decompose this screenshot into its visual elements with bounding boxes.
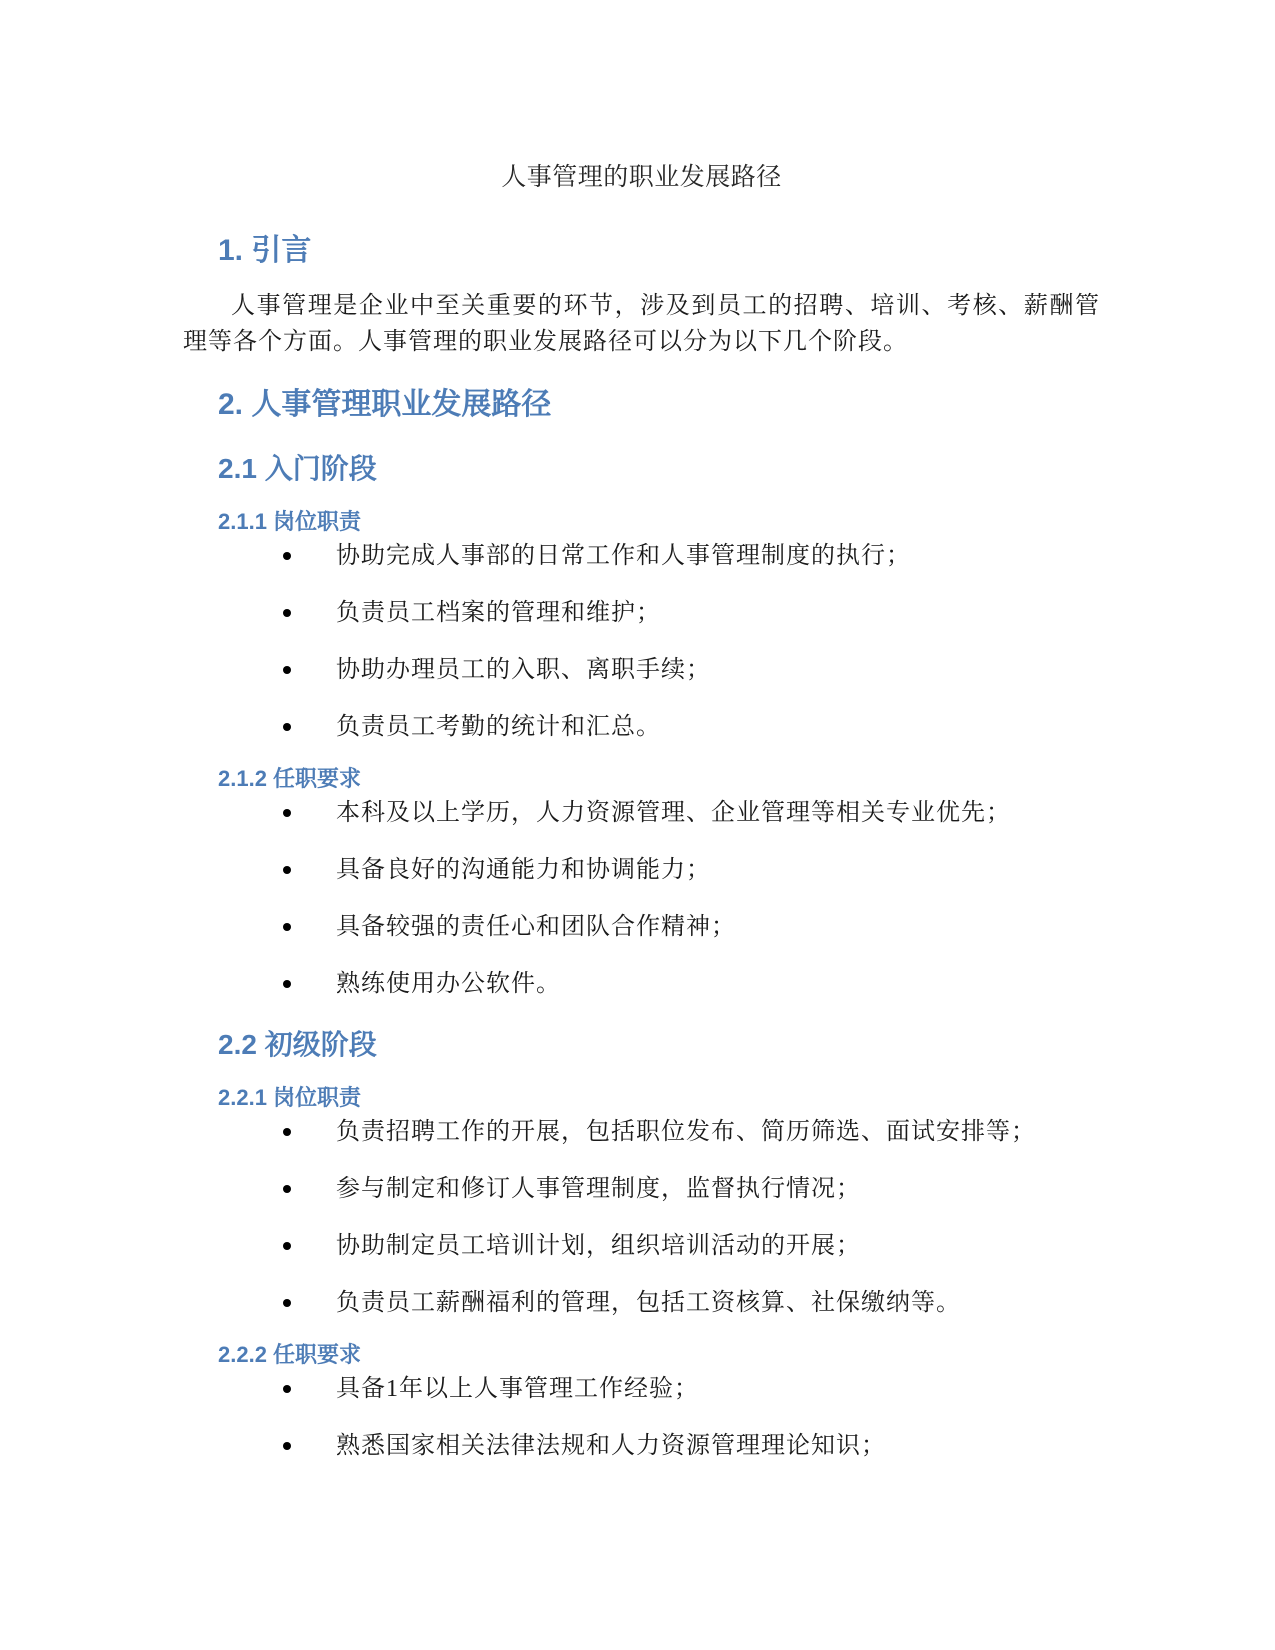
list-item: 协助办理员工的入职、离职手续； bbox=[183, 656, 1100, 684]
heading-entry-requirements: 2.1.2 任职要求 bbox=[218, 767, 1100, 791]
list-item-text: 负责员工档案的管理和维护； bbox=[336, 600, 661, 626]
list-item: 本科及以上学历，人力资源管理、企业管理等相关专业优先； bbox=[183, 799, 1100, 827]
list-item-text: 具备良好的沟通能力和协调能力； bbox=[336, 857, 711, 883]
bullet-icon bbox=[283, 1242, 291, 1250]
list-item-text: 参与制定和修订人事管理制度，监督执行情况； bbox=[336, 1176, 861, 1202]
document-content: 人事管理的职业发展路径 1. 引言 人事管理是企业中至关重要的环节，涉及到员工的… bbox=[0, 0, 1275, 1460]
list-item: 负责员工薪酬福利的管理，包括工资核算、社保缴纳等。 bbox=[183, 1289, 1100, 1317]
list-item: 熟悉国家相关法律法规和人力资源管理理论知识； bbox=[183, 1432, 1100, 1460]
list-item-text: 协助完成人事部的日常工作和人事管理制度的执行； bbox=[336, 543, 911, 569]
bullet-icon bbox=[283, 609, 291, 617]
heading-junior-requirements: 2.2.2 任职要求 bbox=[218, 1343, 1100, 1367]
list-item-text: 协助制定员工培训计划，组织培训活动的开展； bbox=[336, 1233, 861, 1259]
bullet-icon bbox=[283, 980, 291, 988]
list-item-text: 熟悉国家相关法律法规和人力资源管理理论知识； bbox=[336, 1433, 886, 1459]
list-item: 具备良好的沟通能力和协调能力； bbox=[183, 856, 1100, 884]
bullet-icon bbox=[283, 1128, 291, 1136]
bullet-icon bbox=[283, 923, 291, 931]
list-item: 参与制定和修订人事管理制度，监督执行情况； bbox=[183, 1175, 1100, 1203]
bullet-icon bbox=[283, 1442, 291, 1450]
list-item: 协助制定员工培训计划，组织培训活动的开展； bbox=[183, 1232, 1100, 1260]
bullet-icon bbox=[283, 723, 291, 731]
list-item-text: 负责招聘工作的开展，包括职位发布、简历筛选、面试安排等； bbox=[336, 1119, 1036, 1145]
heading-junior-duties: 2.2.1 岗位职责 bbox=[218, 1086, 1100, 1110]
bullet-icon bbox=[283, 1385, 291, 1393]
heading-entry-duties: 2.1.1 岗位职责 bbox=[218, 510, 1100, 534]
junior-requirements-list: 具备1年以上人事管理工作经验； 熟悉国家相关法律法规和人力资源管理理论知识； bbox=[183, 1375, 1100, 1460]
heading-entry-stage: 2.1 入门阶段 bbox=[218, 454, 1100, 484]
list-item-text: 负责员工薪酬福利的管理，包括工资核算、社保缴纳等。 bbox=[336, 1290, 961, 1316]
document-page: 人事管理的职业发展路径 1. 引言 人事管理是企业中至关重要的环节，涉及到员工的… bbox=[0, 0, 1275, 1650]
intro-paragraph: 人事管理是企业中至关重要的环节，涉及到员工的招聘、培训、考核、薪酬管理等各个方面… bbox=[183, 288, 1100, 360]
list-item-text: 协助办理员工的入职、离职手续； bbox=[336, 657, 711, 683]
document-title: 人事管理的职业发展路径 bbox=[183, 162, 1100, 194]
list-item-text: 本科及以上学历，人力资源管理、企业管理等相关专业优先； bbox=[336, 800, 1011, 826]
heading-career-path: 2. 人事管理职业发展路径 bbox=[218, 388, 1100, 422]
list-item-text: 熟练使用办公软件。 bbox=[336, 971, 561, 997]
bullet-icon bbox=[283, 666, 291, 674]
list-item: 负责员工考勤的统计和汇总。 bbox=[183, 713, 1100, 741]
bullet-icon bbox=[283, 1185, 291, 1193]
junior-duties-list: 负责招聘工作的开展，包括职位发布、简历筛选、面试安排等； 参与制定和修订人事管理… bbox=[183, 1118, 1100, 1317]
bullet-icon bbox=[283, 866, 291, 874]
list-item-text: 具备1年以上人事管理工作经验； bbox=[336, 1376, 699, 1402]
entry-duties-list: 协助完成人事部的日常工作和人事管理制度的执行； 负责员工档案的管理和维护； 协助… bbox=[183, 542, 1100, 741]
heading-intro: 1. 引言 bbox=[218, 234, 1100, 268]
list-item: 具备1年以上人事管理工作经验； bbox=[183, 1375, 1100, 1403]
list-item: 具备较强的责任心和团队合作精神； bbox=[183, 913, 1100, 941]
entry-requirements-list: 本科及以上学历，人力资源管理、企业管理等相关专业优先； 具备良好的沟通能力和协调… bbox=[183, 799, 1100, 998]
list-item-text: 负责员工考勤的统计和汇总。 bbox=[336, 714, 661, 740]
bullet-icon bbox=[283, 552, 291, 560]
list-item-text: 具备较强的责任心和团队合作精神； bbox=[336, 914, 736, 940]
list-item: 协助完成人事部的日常工作和人事管理制度的执行； bbox=[183, 542, 1100, 570]
list-item: 熟练使用办公软件。 bbox=[183, 970, 1100, 998]
list-item: 负责员工档案的管理和维护； bbox=[183, 599, 1100, 627]
bullet-icon bbox=[283, 1299, 291, 1307]
bullet-icon bbox=[283, 809, 291, 817]
list-item: 负责招聘工作的开展，包括职位发布、简历筛选、面试安排等； bbox=[183, 1118, 1100, 1146]
heading-junior-stage: 2.2 初级阶段 bbox=[218, 1030, 1100, 1060]
